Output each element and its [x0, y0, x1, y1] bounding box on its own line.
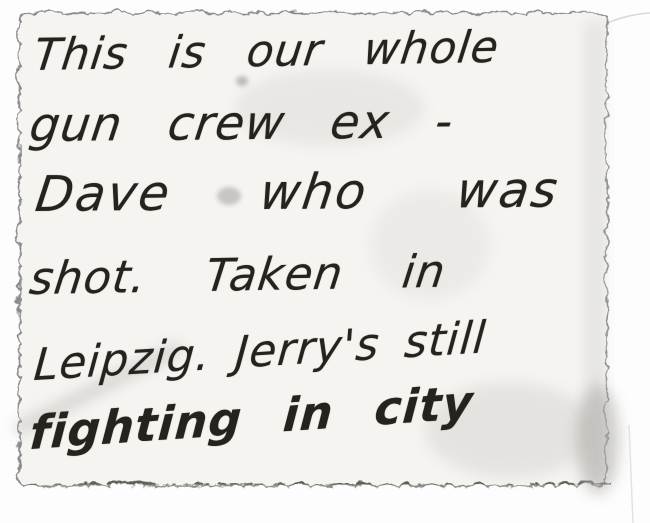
handwriting-line-2: gun crew ex -: [26, 94, 457, 153]
handwriting-line-3: Dave who was: [32, 161, 562, 223]
right-corner-shadow: [576, 385, 620, 495]
paper-dot-stain: [236, 76, 248, 86]
background-line-top-right: [610, 13, 650, 22]
handwriting-line-4: shot. Taken in: [27, 245, 449, 305]
background-line-bottom-right: [629, 425, 633, 523]
scanned-photo-back: This is our whole gun crew ex - Dave who…: [0, 0, 650, 523]
handwriting-line-1: This is our whole: [31, 22, 502, 81]
